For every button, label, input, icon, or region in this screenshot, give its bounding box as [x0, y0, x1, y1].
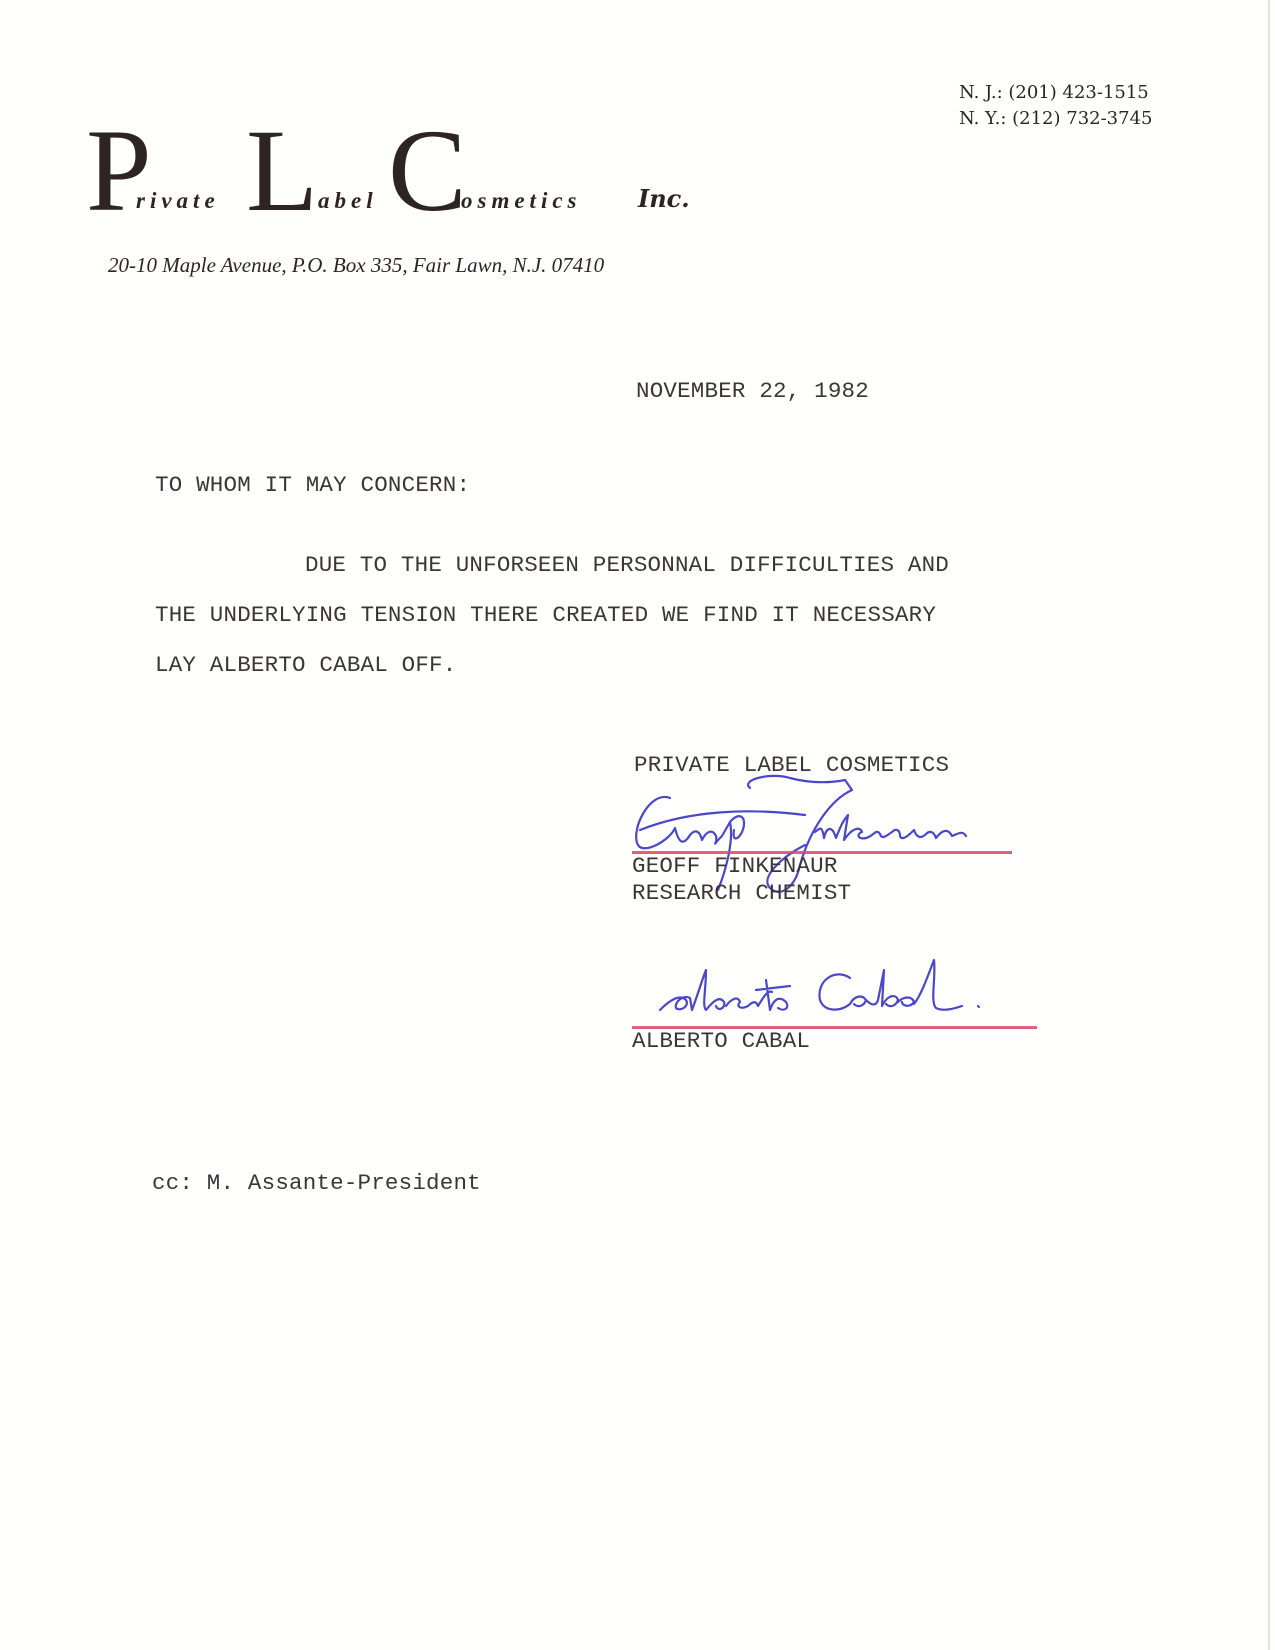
phone-nj: N. J.: (201) 423-1515 — [959, 80, 1153, 106]
logo-word-label: abel — [318, 188, 378, 214]
phone-nj-label: N. J.: — [959, 82, 1003, 103]
logo-initial-c: C — [388, 112, 467, 230]
cc-line: cc: M. Assante-President — [152, 1170, 481, 1196]
phone-ny: N. Y.: (212) 732-3745 — [959, 106, 1153, 132]
signatory-2-name: ALBERTO CABAL — [632, 1028, 810, 1054]
signature-alberto-cabal — [640, 950, 1040, 1030]
body-line-2: THE UNDERLYING TENSION THERE CREATED WE … — [155, 602, 936, 628]
logo-word-private: rivate — [136, 188, 220, 214]
phone-ny-number: (212) 732-3745 — [1012, 108, 1152, 129]
salutation: TO WHOM IT MAY CONCERN: — [155, 472, 470, 498]
company-address: 20-10 Maple Avenue, P.O. Box 335, Fair L… — [108, 253, 604, 278]
phone-ny-label: N. Y.: — [959, 108, 1006, 129]
signatory-1-title: RESEARCH CHEMIST — [632, 880, 851, 906]
signatory-1-name: GEOFF FINKENAUR — [632, 853, 838, 879]
body-line-1: DUE TO THE UNFORSEEN PERSONNAL DIFFICULT… — [305, 552, 949, 578]
logo-initial-l: L — [246, 112, 318, 230]
logo-word-cosmetics: osmetics — [461, 188, 582, 214]
phone-nj-number: (201) 423-1515 — [1008, 82, 1148, 103]
logo-inc: Inc. — [638, 184, 690, 213]
letter-date: NOVEMBER 22, 1982 — [636, 378, 869, 404]
body-line-3: LAY ALBERTO CABAL OFF. — [155, 652, 456, 678]
letter-page: N. J.: (201) 423-1515 N. Y.: (212) 732-3… — [0, 0, 1270, 1650]
letterhead-phones: N. J.: (201) 423-1515 N. Y.: (212) 732-3… — [959, 80, 1153, 132]
